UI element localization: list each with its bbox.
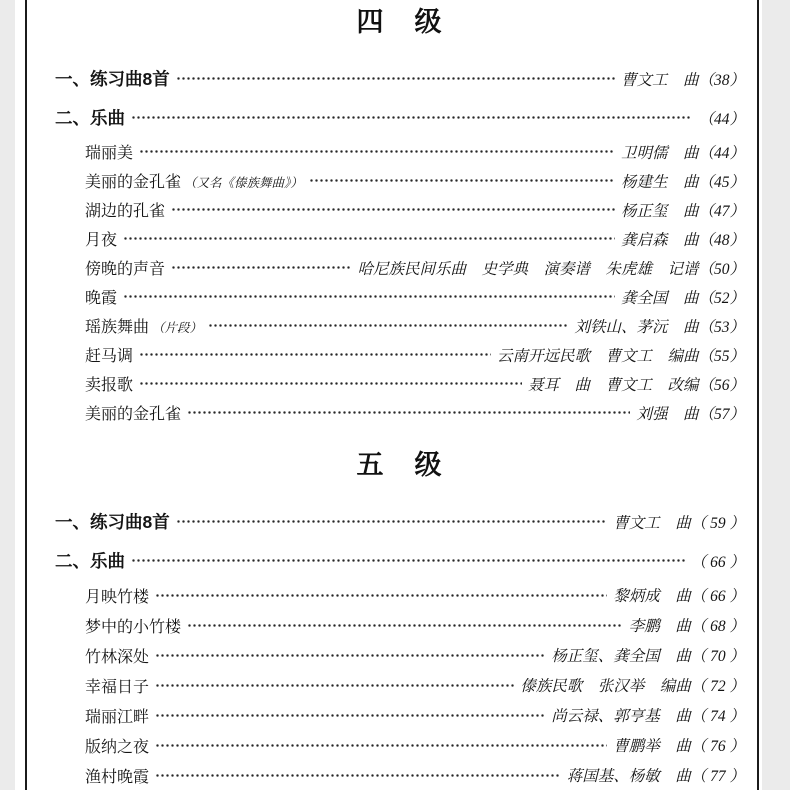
entry-credit: 卫明儒 曲: [621, 145, 699, 162]
entry-page-number: （ 66 ）: [691, 554, 745, 571]
entry-credit-group: 刘铁山、茅沅 曲（53）: [574, 315, 745, 337]
entry-title: 竹林深处: [85, 649, 149, 666]
entry-credit: 曹文工 曲: [613, 515, 691, 532]
entry-credit-group: 曹文工 曲（38）: [621, 68, 745, 90]
toc-item-row: 竹林深处 杨正玺、龚全国 曲（ 70 ）: [55, 640, 745, 670]
toc-item-row: 美丽的金孔雀（又名《傣族舞曲》） 杨建生 曲（45）: [55, 166, 745, 195]
entry-title-group: 湖边的孔雀: [85, 198, 165, 221]
entry-title: 瑞丽美: [85, 145, 133, 162]
entry-title-group: 赶马调: [85, 343, 133, 366]
page-left-margin: [0, 0, 15, 790]
entry-credit-group: 卫明儒 曲（44）: [621, 141, 745, 163]
entry-title-group: 月夜: [85, 227, 117, 250]
dot-leader: [123, 224, 615, 253]
entry-title-group: 二、乐曲: [55, 105, 125, 130]
entry-title: 美丽的金孔雀: [85, 406, 181, 423]
entry-title-group: 版纳之夜: [85, 734, 149, 757]
entry-page-number: （ 74 ）: [691, 708, 745, 725]
entry-credit: 杨正玺、龚全国 曲: [551, 648, 691, 665]
entry-title: 二、乐曲: [55, 551, 125, 571]
entry-title: 卖报歌: [85, 377, 133, 394]
entry-credit-group: 哈尼族民间乐曲 史学典 演奏谱 朱虎雄 记谱（50）: [357, 257, 745, 279]
toc-item-row: 晚霞 龚全国 曲（52）: [55, 282, 745, 311]
entry-title-group: 傍晚的声音: [85, 256, 165, 279]
entry-title-group: 美丽的金孔雀（又名《傣族舞曲》）: [85, 169, 303, 192]
entry-page-number: （38）: [698, 72, 745, 89]
entry-title: 傍晚的声音: [85, 261, 165, 278]
entry-credit-group: 聂耳 曲 曹文工 改编（56）: [528, 373, 745, 395]
entry-title: 瑞丽江畔: [85, 709, 149, 726]
entry-credit: 云南开远民歌 曹文工 编曲: [497, 348, 699, 365]
entry-title: 瑶族舞曲: [85, 319, 149, 336]
entry-credit: 聂耳 曲 曹文工 改编: [528, 377, 699, 394]
entry-credit: 杨正玺 曲: [621, 203, 699, 220]
dot-leader: [139, 340, 491, 369]
dot-leader: [131, 541, 685, 580]
entry-credit: 傣族民歌 张汉举 编曲: [520, 678, 691, 695]
entry-page-number: （45）: [698, 174, 745, 191]
dot-leader: [123, 282, 615, 311]
toc-item-row: 美丽的金孔雀 刘强 曲（57）: [55, 398, 745, 427]
entry-credit-group: 杨正玺、龚全国 曲（ 70 ）: [551, 644, 745, 666]
book-page: 四 级 一、练习曲8首 曹文工 曲（38） 二、乐曲 （44） 瑞丽美 卫明儒 …: [0, 0, 790, 790]
toc-section-header-row: 一、练习曲8首 曹文工 曲（ 59 ）: [55, 502, 745, 541]
dot-leader: [155, 730, 607, 760]
entry-page-number: （ 77 ）: [691, 768, 745, 785]
entry-title: 美丽的金孔雀: [85, 174, 181, 191]
entry-credit-group: 龚全国 曲（52）: [621, 286, 745, 308]
toc-item-row: 瑶族舞曲（片段） 刘铁山、茅沅 曲（53）: [55, 311, 745, 340]
entry-credit: 尚云禄、郭亨基 曲: [551, 708, 691, 725]
table-of-contents: 四 级 一、练习曲8首 曹文工 曲（38） 二、乐曲 （44） 瑞丽美 卫明儒 …: [27, 0, 759, 790]
entry-credit-group: （44）: [698, 107, 745, 129]
toc-item-row: 月映竹楼 黎炳成 曲（ 66 ）: [55, 580, 745, 610]
dot-leader: [171, 253, 351, 282]
entry-page-number: （ 59 ）: [691, 515, 745, 532]
entry-credit-group: （ 66 ）: [691, 550, 745, 572]
level-section: 四 级 一、练习曲8首 曹文工 曲（38） 二、乐曲 （44） 瑞丽美 卫明儒 …: [55, 0, 745, 427]
entry-credit: 龚启森 曲: [621, 232, 699, 249]
toc-item-row: 湖边的孔雀 杨正玺 曲（47）: [55, 195, 745, 224]
entry-list: 一、练习曲8首 曹文工 曲（ 59 ） 二、乐曲 （ 66 ） 月映竹楼 黎炳成…: [55, 502, 745, 790]
toc-section-header-row: 一、练习曲8首 曹文工 曲（38）: [55, 59, 745, 98]
entry-title-group: 一、练习曲8首: [55, 66, 170, 91]
entry-credit: 黎炳成 曲: [613, 588, 691, 605]
entry-title-group: 晚霞: [85, 285, 117, 308]
entry-title-group: 瑞丽江畔: [85, 704, 149, 727]
dot-leader: [155, 640, 545, 670]
dot-leader: [155, 760, 561, 790]
dot-leader: [171, 195, 615, 224]
entry-title-group: 幸福日子: [85, 674, 149, 697]
toc-item-row: 幸福日子 傣族民歌 张汉举 编曲（ 72 ）: [55, 670, 745, 700]
dot-leader: [309, 166, 615, 195]
entry-page-number: （ 70 ）: [691, 648, 745, 665]
entry-title-group: 瑞丽美: [85, 140, 133, 163]
entry-title-note: （又名《傣族舞曲》）: [184, 176, 303, 190]
entry-credit: 龚全国 曲: [621, 290, 699, 307]
toc-item-row: 渔村晚霞 蒋国基、杨敏 曲（ 77 ）: [55, 760, 745, 790]
entry-page-number: （53）: [698, 319, 745, 336]
toc-item-row: 卖报歌 聂耳 曲 曹文工 改编（56）: [55, 369, 745, 398]
toc-item-row: 版纳之夜 曹鹏举 曲（ 76 ）: [55, 730, 745, 760]
entry-title-group: 竹林深处: [85, 644, 149, 667]
toc-item-row: 瑞丽江畔 尚云禄、郭亨基 曲（ 74 ）: [55, 700, 745, 730]
entry-credit: 曹鹏举 曲: [613, 738, 691, 755]
entry-title: 晚霞: [85, 290, 117, 307]
entry-page-number: （ 72 ）: [691, 678, 745, 695]
entry-page-number: （47）: [698, 203, 745, 220]
toc-item-row: 赶马调 云南开远民歌 曹文工 编曲（55）: [55, 340, 745, 369]
entry-title-note: （片段）: [152, 321, 202, 335]
entry-title-group: 美丽的金孔雀: [85, 401, 181, 424]
entry-page-number: （48）: [698, 232, 745, 249]
page-right-margin: [762, 0, 790, 790]
dot-leader: [131, 98, 692, 137]
entry-title: 赶马调: [85, 348, 133, 365]
dot-leader: [187, 398, 630, 427]
entry-title-group: 二、乐曲: [55, 548, 125, 573]
toc-section-header-row: 二、乐曲 （ 66 ）: [55, 541, 745, 580]
level-section: 五 级 一、练习曲8首 曹文工 曲（ 59 ） 二、乐曲 （ 66 ） 月映竹楼…: [55, 443, 745, 790]
entry-page-number: （56）: [698, 377, 745, 394]
toc-item-row: 瑞丽美 卫明儒 曲（44）: [55, 137, 745, 166]
entry-page-number: （ 76 ）: [691, 738, 745, 755]
entry-title: 渔村晚霞: [85, 769, 149, 786]
toc-section-header-row: 二、乐曲 （44）: [55, 98, 745, 137]
dot-leader: [155, 670, 514, 700]
entry-title-group: 瑶族舞曲（片段）: [85, 314, 202, 337]
entry-credit-group: 龚启森 曲（48）: [621, 228, 745, 250]
entry-credit: 李鹏 曲: [629, 618, 691, 635]
entry-page-number: （44）: [698, 111, 745, 128]
entry-credit-group: 曹鹏举 曲（ 76 ）: [613, 734, 745, 756]
entry-title-group: 月映竹楼: [85, 584, 149, 607]
entry-title: 月映竹楼: [85, 589, 149, 606]
toc-item-row: 梦中的小竹楼 李鹏 曲（ 68 ）: [55, 610, 745, 640]
level-heading: 四 级: [55, 0, 745, 44]
entry-title: 月夜: [85, 232, 117, 249]
toc-item-row: 月夜 龚启森 曲（48）: [55, 224, 745, 253]
entry-list: 一、练习曲8首 曹文工 曲（38） 二、乐曲 （44） 瑞丽美 卫明儒 曲（44…: [55, 59, 745, 427]
entry-credit: 哈尼族民间乐曲 史学典 演奏谱 朱虎雄 记谱: [357, 261, 698, 278]
entry-title: 版纳之夜: [85, 739, 149, 756]
entry-title-group: 渔村晚霞: [85, 764, 149, 787]
dot-leader: [139, 369, 522, 398]
dot-leader: [187, 610, 623, 640]
dot-leader: [155, 700, 545, 730]
entry-title: 梦中的小竹楼: [85, 619, 181, 636]
entry-credit-group: 杨正玺 曲（47）: [621, 199, 745, 221]
level-heading: 五 级: [55, 443, 745, 487]
entry-credit: 刘铁山、茅沅 曲: [574, 319, 698, 336]
entry-credit-group: 黎炳成 曲（ 66 ）: [613, 584, 745, 606]
entry-page-number: （50）: [698, 261, 745, 278]
toc-item-row: 傍晚的声音 哈尼族民间乐曲 史学典 演奏谱 朱虎雄 记谱（50）: [55, 253, 745, 282]
entry-title: 二、乐曲: [55, 108, 125, 128]
entry-title: 幸福日子: [85, 679, 149, 696]
entry-title: 一、练习曲8首: [55, 512, 170, 532]
entry-page-number: （ 66 ）: [691, 588, 745, 605]
entry-page-number: （57）: [698, 406, 745, 423]
entry-page-number: （55）: [698, 348, 745, 365]
dot-leader: [139, 137, 615, 166]
dot-leader: [155, 580, 607, 610]
dot-leader: [176, 502, 607, 541]
dot-leader: [208, 311, 568, 340]
entry-title-group: 梦中的小竹楼: [85, 614, 181, 637]
entry-credit-group: 蒋国基、杨敏 曲（ 77 ）: [567, 764, 745, 786]
entry-page-number: （52）: [698, 290, 745, 307]
entry-credit-group: 曹文工 曲（ 59 ）: [613, 511, 745, 533]
entry-credit: 杨建生 曲: [621, 174, 699, 191]
entry-credit: 曹文工 曲: [621, 72, 699, 89]
entry-credit-group: 云南开远民歌 曹文工 编曲（55）: [497, 344, 745, 366]
entry-page-number: （ 68 ）: [691, 618, 745, 635]
entry-credit: 蒋国基、杨敏 曲: [567, 768, 691, 785]
entry-credit-group: 尚云禄、郭亨基 曲（ 74 ）: [551, 704, 745, 726]
entry-title: 一、练习曲8首: [55, 69, 170, 89]
entry-credit-group: 刘强 曲（57）: [636, 402, 745, 424]
entry-credit-group: 杨建生 曲（45）: [621, 170, 745, 192]
entry-credit: 刘强 曲: [636, 406, 698, 423]
entry-page-number: （44）: [698, 145, 745, 162]
dot-leader: [176, 59, 615, 98]
entry-title-group: 卖报歌: [85, 372, 133, 395]
entry-credit-group: 李鹏 曲（ 68 ）: [629, 614, 745, 636]
entry-credit-group: 傣族民歌 张汉举 编曲（ 72 ）: [520, 674, 745, 696]
entry-title-group: 一、练习曲8首: [55, 509, 170, 534]
entry-title: 湖边的孔雀: [85, 203, 165, 220]
